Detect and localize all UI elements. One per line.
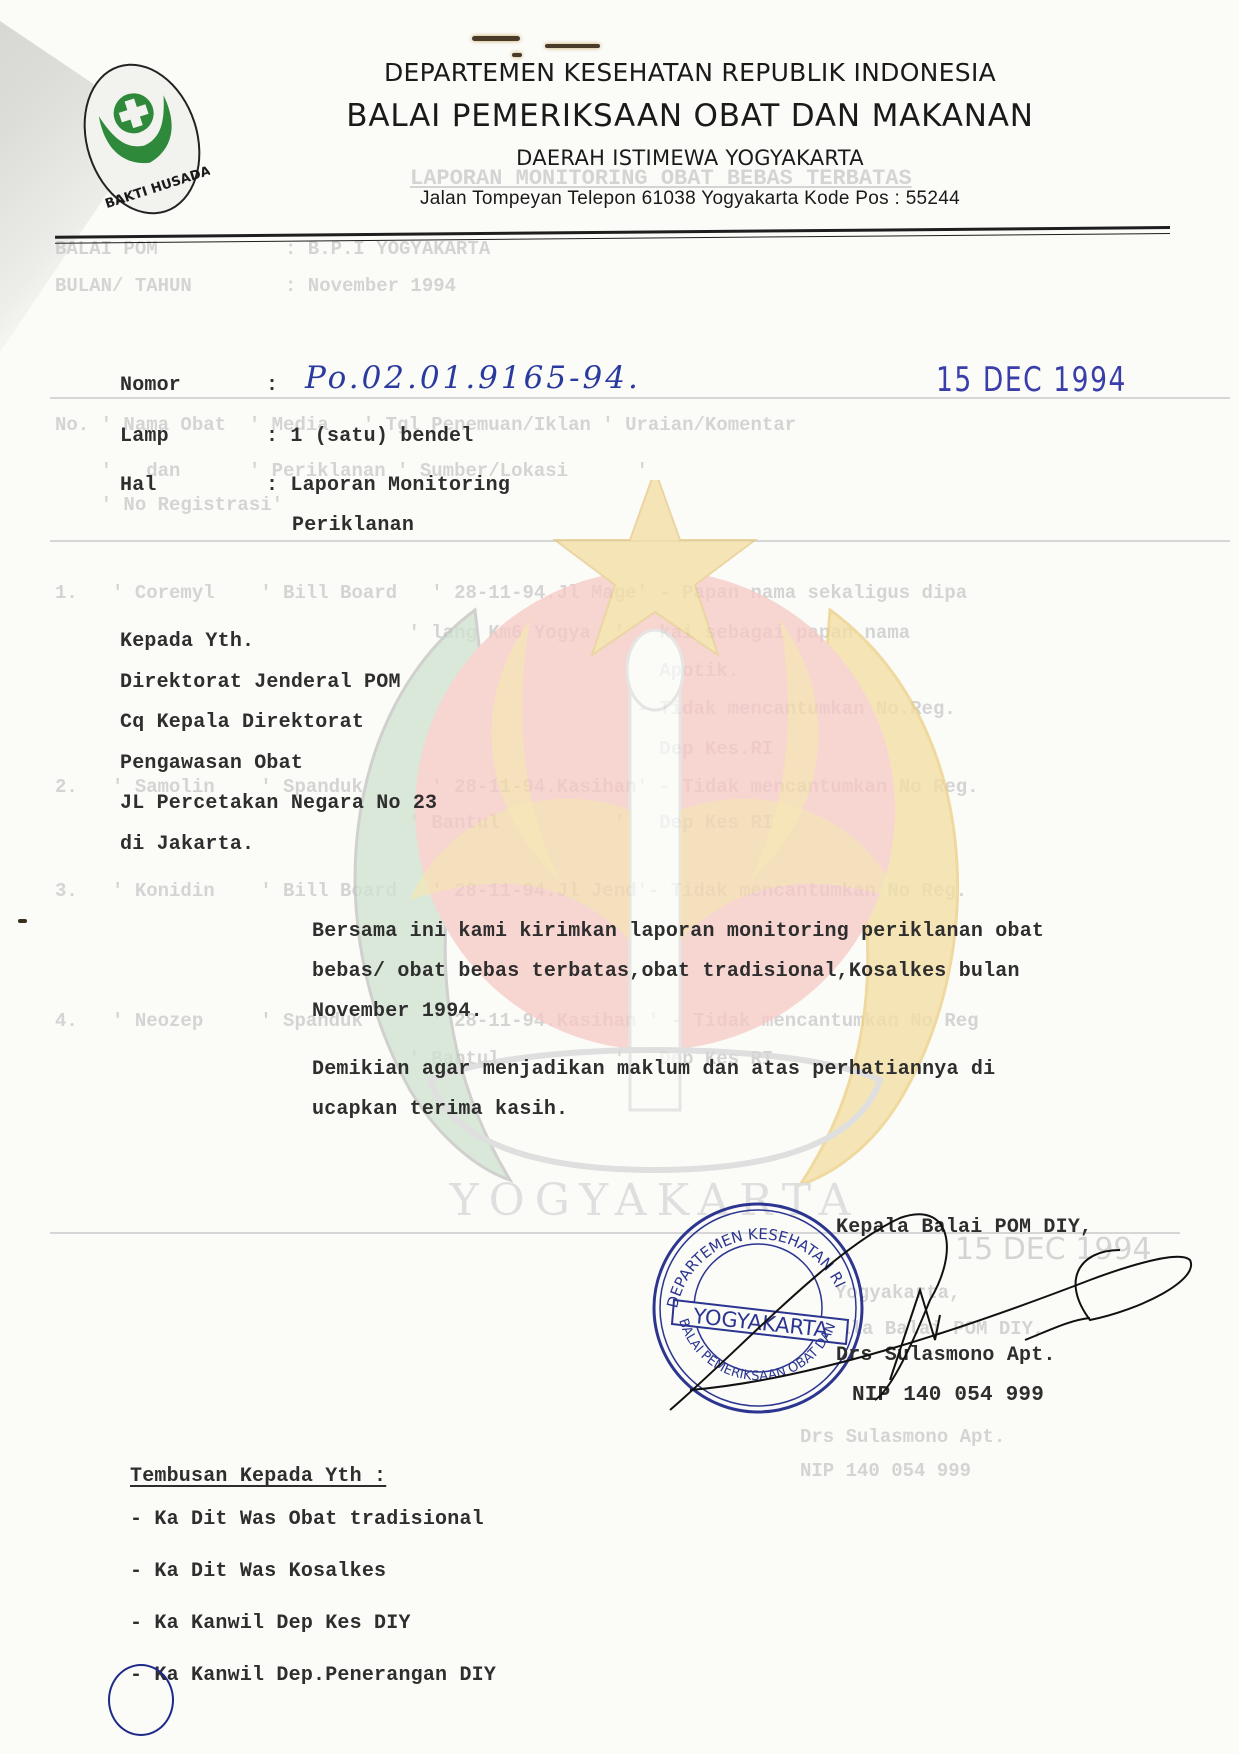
body-line: ucapkan terima kasih. bbox=[312, 1098, 568, 1121]
body-line: Demikian agar menjadikan maklum dan atas… bbox=[312, 1058, 995, 1081]
recipient-line: JL Percetakan Negara No 23 bbox=[120, 792, 437, 815]
recipient-line: Kepada Yth. bbox=[120, 630, 254, 653]
nomor-label: Nomor bbox=[120, 374, 181, 397]
letterhead-ministry: DEPARTEMEN KESEHATAN REPUBLIK INDONESIA bbox=[320, 58, 1060, 87]
recipient-line: di Jakarta. bbox=[120, 833, 254, 856]
cc-item: - Ka Kanwil Dep Kes DIY bbox=[130, 1612, 411, 1635]
lamp-value: : 1 (satu) bendel bbox=[266, 425, 473, 448]
nomor-handwritten: Po.02.01.9165-94. bbox=[305, 360, 641, 396]
cc-item: - Ka Dit Was Obat tradisional bbox=[130, 1508, 484, 1531]
handwritten-circle-mark bbox=[108, 1664, 174, 1736]
letterhead-region: DAERAH ISTIMEWA YOGYAKARTA bbox=[320, 146, 1060, 170]
ghost-bulan-label: BULAN/ TAHUN bbox=[55, 275, 192, 297]
hal-value: : Laporan Monitoring bbox=[266, 474, 510, 497]
recipient-line: Pengawasan Obat bbox=[120, 752, 303, 775]
date-stamp: 15 DEC 1994 bbox=[936, 360, 1127, 400]
lamp-label: Lamp bbox=[120, 425, 169, 448]
letterhead-address: Jalan Tompeyan Telepon 61038 Yogyakarta … bbox=[320, 188, 1060, 210]
logo-text: BAKTI HUSADA bbox=[103, 164, 212, 212]
body-line: bebas/ obat bebas terbatas,obat tradisio… bbox=[312, 960, 1020, 983]
stain-mark bbox=[472, 36, 520, 41]
body-line: Bersama ini kami kirimkan laporan monito… bbox=[312, 920, 1044, 943]
ghost-sign-nip: NIP 140 054 999 bbox=[800, 1460, 971, 1482]
cc-item: - Ka Kanwil Dep.Penerangan DIY bbox=[130, 1664, 496, 1687]
recipient-line: Cq Kepala Direktorat bbox=[120, 711, 364, 734]
stain-mark bbox=[512, 53, 522, 57]
handwritten-signature bbox=[660, 1190, 1220, 1430]
hal-label: Hal bbox=[120, 474, 157, 497]
cc-item: - Ka Dit Was Kosalkes bbox=[130, 1560, 386, 1583]
body-line: November 1994. bbox=[312, 1000, 483, 1023]
recipient-line: Direktorat Jenderal POM bbox=[120, 671, 401, 694]
ghost-bulan-value: : November 1994 bbox=[285, 275, 456, 297]
hal-value-cont: Periklanan bbox=[292, 514, 414, 537]
speck-mark bbox=[18, 919, 27, 923]
letterhead-institution: BALAI PEMERIKSAAN OBAT DAN MAKANAN bbox=[320, 98, 1060, 134]
ghost-header-3: ' No Registrasi' bbox=[55, 494, 283, 516]
cc-heading: Tembusan Kepada Yth : bbox=[130, 1465, 386, 1488]
stain-mark bbox=[545, 44, 600, 48]
letterhead-divider bbox=[55, 226, 1170, 239]
nomor-separator: : bbox=[266, 374, 278, 397]
